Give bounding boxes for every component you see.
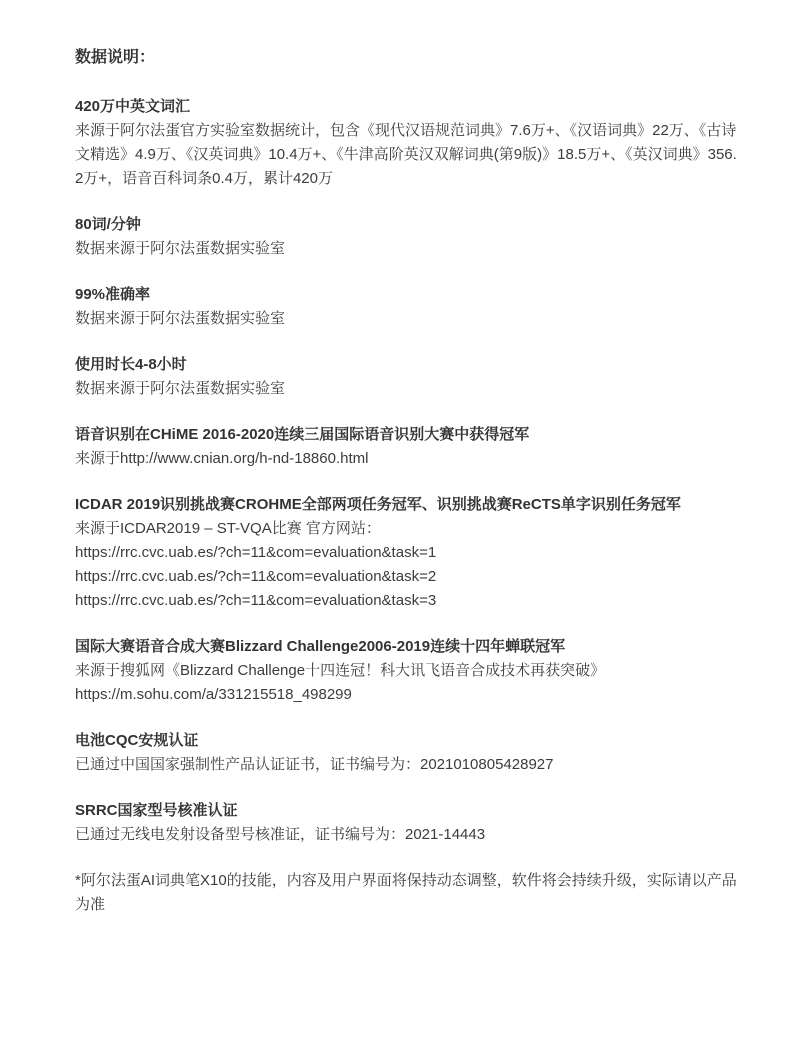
section-title: 语音识别在CHiME 2016-2020连续三届国际语音识别大赛中获得冠军 [75, 423, 745, 447]
data-section: 使用时长4-8小时数据来源于阿尔法蛋数据实验室 [75, 353, 745, 401]
section-title: 80词/分钟 [75, 213, 745, 237]
section-line: 数据来源于阿尔法蛋数据实验室 [75, 377, 745, 401]
sections-container: 420万中英文词汇来源于阿尔法蛋官方实验室数据统计，包含《现代汉语规范词典》7.… [75, 95, 745, 847]
data-section: 电池CQC安规认证已通过中国国家强制性产品认证证书，证书编号为：20210108… [75, 729, 745, 777]
section-line: 已通过无线电发射设备型号核准证，证书编号为：2021-14443 [75, 823, 745, 847]
section-title: 99%准确率 [75, 283, 745, 307]
section-line: 已通过中国国家强制性产品认证证书，证书编号为：2021010805428927 [75, 753, 745, 777]
data-section: 80词/分钟数据来源于阿尔法蛋数据实验室 [75, 213, 745, 261]
section-title: 使用时长4-8小时 [75, 353, 745, 377]
data-section: ICDAR 2019识别挑战赛CROHME全部两项任务冠军、识别挑战赛ReCTS… [75, 493, 745, 613]
data-section: 国际大赛语音合成大赛Blizzard Challenge2006-2019连续十… [75, 635, 745, 707]
section-line: 来源于ICDAR2019 – ST-VQA比赛 官方网站： [75, 517, 745, 541]
url-text: https://rrc.cvc.uab.es/?ch=11&com=evalua… [75, 565, 745, 589]
disclaimer-footnote: *阿尔法蛋AI词典笔X10的技能，内容及用户界面将保持动态调整，软件将会持续升级… [75, 869, 745, 917]
data-description-page: 数据说明： 420万中英文词汇来源于阿尔法蛋官方实验室数据统计，包含《现代汉语规… [0, 0, 800, 1038]
section-line: 数据来源于阿尔法蛋数据实验室 [75, 307, 745, 331]
section-line: 来源于搜狐网《Blizzard Challenge十四连冠！科大讯飞语音合成技术… [75, 659, 745, 683]
section-line: 来源于http://www.cnian.org/h-nd-18860.html [75, 447, 745, 471]
section-title: ICDAR 2019识别挑战赛CROHME全部两项任务冠军、识别挑战赛ReCTS… [75, 493, 745, 517]
section-title: SRRC国家型号核准认证 [75, 799, 745, 823]
section-line: 来源于阿尔法蛋官方实验室数据统计，包含《现代汉语规范词典》7.6万+、《汉语词典… [75, 119, 745, 191]
url-text: https://m.sohu.com/a/331215518_498299 [75, 683, 745, 707]
data-section: 99%准确率数据来源于阿尔法蛋数据实验室 [75, 283, 745, 331]
url-text: https://rrc.cvc.uab.es/?ch=11&com=evalua… [75, 541, 745, 565]
section-title: 电池CQC安规认证 [75, 729, 745, 753]
data-section: 语音识别在CHiME 2016-2020连续三届国际语音识别大赛中获得冠军来源于… [75, 423, 745, 471]
section-line: 数据来源于阿尔法蛋数据实验室 [75, 237, 745, 261]
url-text: https://rrc.cvc.uab.es/?ch=11&com=evalua… [75, 589, 745, 613]
data-section: 420万中英文词汇来源于阿尔法蛋官方实验室数据统计，包含《现代汉语规范词典》7.… [75, 95, 745, 191]
section-title: 国际大赛语音合成大赛Blizzard Challenge2006-2019连续十… [75, 635, 745, 659]
data-section: SRRC国家型号核准认证已通过无线电发射设备型号核准证，证书编号为：2021-1… [75, 799, 745, 847]
section-title: 420万中英文词汇 [75, 95, 745, 119]
page-title: 数据说明： [75, 47, 745, 69]
